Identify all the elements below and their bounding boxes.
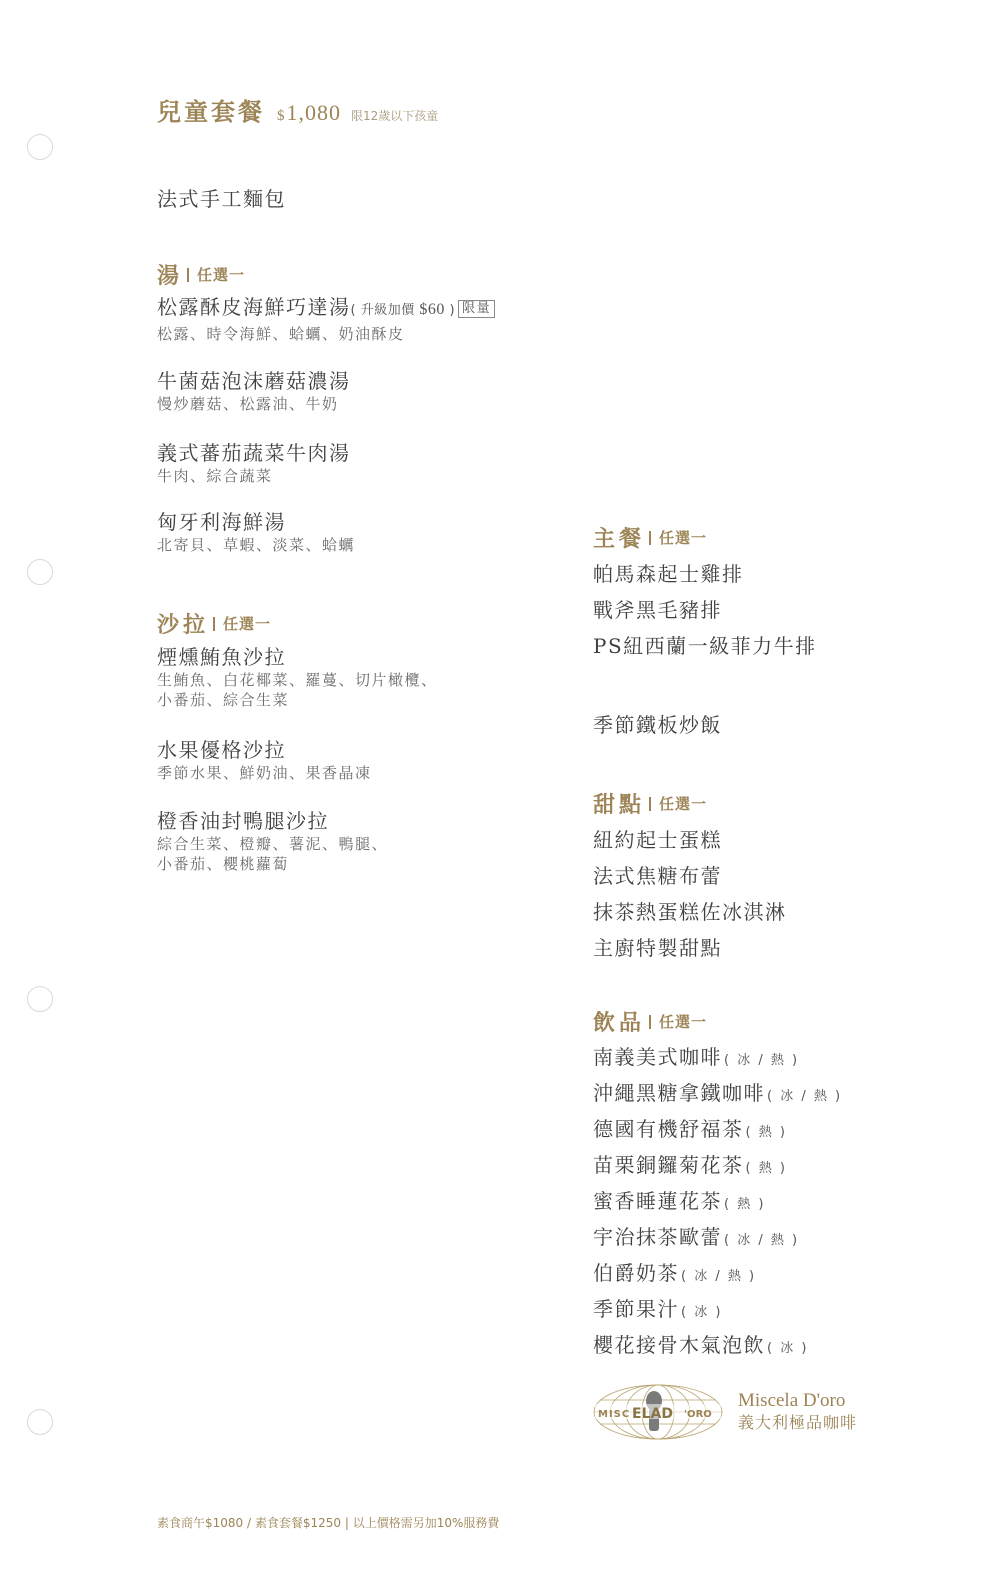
drink-temperature: ( 冰 / 熱 ) — [681, 1269, 756, 1284]
item-name: 義式蕃茄蔬菜牛肉湯 — [157, 440, 351, 466]
main-extra: 季節鐵板炒飯 — [593, 707, 722, 743]
main-item: 帕馬森起士雞排 — [593, 556, 817, 592]
upgrade-amount: $60 — [419, 301, 445, 318]
soup-item-3: 義式蕃茄蔬菜牛肉湯 牛肉、綜合蔬菜 — [157, 440, 351, 486]
item-description-line: 生鮪魚、白花椰菜、羅蔓、切片橄欖、 — [157, 670, 438, 690]
currency-symbol: $ — [277, 108, 286, 124]
drink-name: 沖繩黑糖拿鐵咖啡 — [593, 1081, 765, 1105]
main-course-list: 帕馬森起士雞排 戰斧黑毛豬排 PS紐西蘭一級菲力牛排 — [593, 556, 817, 664]
binder-hole-2 — [27, 559, 53, 585]
divider-bar — [187, 268, 189, 282]
set-price: $1,080 — [277, 100, 341, 126]
drink-temperature: ( 熱 ) — [724, 1197, 765, 1212]
drink-name: 櫻花接骨木氣泡飲 — [593, 1333, 765, 1357]
main-extra-item: 季節鐵板炒飯 — [593, 707, 722, 743]
drink-temperature: ( 熱 ) — [746, 1125, 787, 1140]
salad-item-1: 煙燻鮪魚沙拉 生鮪魚、白花椰菜、羅蔓、切片橄欖、 小番茄、綜合生菜 — [157, 644, 438, 710]
upgrade-prefix: ( 升級加價 — [351, 303, 420, 318]
drink-item: 蜜香睡蓮花茶( 熱 ) — [593, 1183, 842, 1219]
section-heading-dessert: 甜點 任選一 — [593, 788, 707, 819]
item-name: 煙燻鮪魚沙拉 — [157, 644, 438, 670]
section-subtitle: 任選一 — [659, 1011, 707, 1032]
brand-name-zh: 義大利極品咖啡 — [738, 1412, 857, 1434]
soup-item-4: 匈牙利海鮮湯 北寄貝、草蝦、淡菜、蛤蠣 — [157, 509, 355, 555]
drink-item: 宇治抹茶歐蕾( 冰 / 熱 ) — [593, 1219, 842, 1255]
item-description-line: 季節水果、鮮奶油、果香晶凍 — [157, 763, 372, 783]
dessert-list: 紐約起士蛋糕 法式焦糖布蕾 抹茶熱蛋糕佐冰淇淋 主廚特製甜點 — [593, 822, 787, 966]
item-description-line: 小番茄、櫻桃蘿蔔 — [157, 854, 388, 874]
svg-text:ELAD: ELAD — [632, 1406, 673, 1422]
drink-temperature: ( 冰 ) — [767, 1341, 808, 1356]
drink-temperature: ( 冰 ) — [681, 1305, 722, 1320]
brand-name-en: Miscela D'oro — [738, 1390, 857, 1412]
item-description: 松露、時令海鮮、蛤蠣、奶油酥皮 — [157, 324, 495, 344]
section-subtitle: 任選一 — [223, 613, 271, 634]
salad-item-2: 水果優格沙拉 季節水果、鮮奶油、果香晶凍 — [157, 737, 372, 783]
drink-item: 南義美式咖啡( 冰 / 熱 ) — [593, 1039, 842, 1075]
item-description-line: 小番茄、綜合生菜 — [157, 690, 438, 710]
coffee-brand: Miscela D'oro 義大利極品咖啡 — [738, 1390, 857, 1434]
divider-bar — [213, 617, 215, 631]
item-name: 牛菌菇泡沫蘑菇濃湯 — [157, 368, 351, 394]
section-title: 飲品 — [593, 1006, 645, 1037]
section-subtitle: 任選一 — [659, 793, 707, 814]
bread-item: 法式手工麵包 — [157, 183, 286, 212]
main-item: PS紐西蘭一級菲力牛排 — [593, 628, 817, 664]
dessert-item: 抹茶熱蛋糕佐冰淇淋 — [593, 894, 787, 930]
miscela-doro-logo: MISC ELAD 'ORO — [592, 1383, 724, 1441]
svg-text:'ORO: 'ORO — [684, 1409, 712, 1420]
binder-hole-4 — [27, 1409, 53, 1435]
item-description: 慢炒蘑菇、松露油、牛奶 — [157, 394, 351, 414]
drink-item: 櫻花接骨木氣泡飲( 冰 ) — [593, 1327, 842, 1363]
drink-name: 蜜香睡蓮花茶 — [593, 1189, 722, 1213]
section-subtitle: 任選一 — [197, 264, 245, 285]
age-restriction-note: 限12歲以下孩童 — [351, 107, 438, 124]
item-description-line: 綜合生菜、橙瓣、薯泥、鴨腿、 — [157, 834, 388, 854]
drink-name: 伯爵奶茶 — [593, 1261, 679, 1285]
divider-bar — [649, 531, 651, 545]
divider-bar — [649, 1015, 651, 1029]
limited-badge: 限量 — [458, 300, 495, 318]
binder-hole-1 — [27, 134, 53, 160]
section-title: 湯 — [157, 259, 183, 290]
upgrade-price: ( 升級加價 $60 ) — [351, 303, 456, 318]
item-description: 北寄貝、草蝦、淡菜、蛤蠣 — [157, 535, 355, 555]
main-item: 戰斧黑毛豬排 — [593, 592, 817, 628]
soup-item-2: 牛菌菇泡沫蘑菇濃湯 慢炒蘑菇、松露油、牛奶 — [157, 368, 351, 414]
section-heading-drinks: 飲品 任選一 — [593, 1006, 707, 1037]
menu-header: 兒童套餐 $1,080 限12歲以下孩童 — [157, 92, 438, 127]
drink-temperature: ( 冰 / 熱 ) — [724, 1053, 799, 1068]
item-name: 水果優格沙拉 — [157, 737, 372, 763]
dessert-item: 主廚特製甜點 — [593, 930, 787, 966]
item-name: 匈牙利海鮮湯 — [157, 509, 355, 535]
salad-item-3: 橙香油封鴨腿沙拉 綜合生菜、橙瓣、薯泥、鴨腿、 小番茄、櫻桃蘿蔔 — [157, 808, 388, 874]
section-subtitle: 任選一 — [659, 527, 707, 548]
drink-item: 季節果汁( 冰 ) — [593, 1291, 842, 1327]
section-heading-main: 主餐 任選一 — [593, 522, 707, 553]
section-title: 沙拉 — [157, 608, 209, 639]
set-title: 兒童套餐 — [157, 92, 265, 127]
section-title: 甜點 — [593, 788, 645, 819]
item-name: 橙香油封鴨腿沙拉 — [157, 808, 388, 834]
drink-temperature: ( 冰 / 熱 ) — [767, 1089, 842, 1104]
drink-item: 德國有機舒福茶( 熱 ) — [593, 1111, 842, 1147]
divider-bar — [649, 797, 651, 811]
svg-text:MISC: MISC — [598, 1409, 630, 1420]
drink-temperature: ( 熱 ) — [746, 1161, 787, 1176]
drink-name: 南義美式咖啡 — [593, 1045, 722, 1069]
drinks-list: 南義美式咖啡( 冰 / 熱 ) 沖繩黑糖拿鐵咖啡( 冰 / 熱 ) 德國有機舒福… — [593, 1039, 842, 1363]
drink-item: 沖繩黑糖拿鐵咖啡( 冰 / 熱 ) — [593, 1075, 842, 1111]
upgrade-suffix: ) — [445, 303, 455, 318]
price-amount: 1,080 — [287, 100, 342, 125]
footer-note: 素食商午$1080 / 素食套餐$1250 | 以上價格需另加10%服務費 — [157, 1514, 499, 1531]
section-title: 主餐 — [593, 522, 645, 553]
item-name-row: 松露酥皮海鮮巧達湯( 升級加價 $60 )限量 — [157, 294, 495, 324]
item-description: 牛肉、綜合蔬菜 — [157, 466, 351, 486]
dessert-item: 紐約起士蛋糕 — [593, 822, 787, 858]
drink-item: 伯爵奶茶( 冰 / 熱 ) — [593, 1255, 842, 1291]
drink-item: 苗栗銅鑼菊花茶( 熱 ) — [593, 1147, 842, 1183]
soup-item-1: 松露酥皮海鮮巧達湯( 升級加價 $60 )限量 松露、時令海鮮、蛤蠣、奶油酥皮 — [157, 294, 495, 344]
dessert-item: 法式焦糖布蕾 — [593, 858, 787, 894]
drink-name: 苗栗銅鑼菊花茶 — [593, 1153, 744, 1177]
section-heading-soup: 湯 任選一 — [157, 259, 245, 290]
section-heading-salad: 沙拉 任選一 — [157, 608, 271, 639]
item-name: 松露酥皮海鮮巧達湯 — [157, 295, 351, 319]
binder-hole-3 — [27, 986, 53, 1012]
drink-temperature: ( 冰 / 熱 ) — [724, 1233, 799, 1248]
drink-name: 宇治抹茶歐蕾 — [593, 1225, 722, 1249]
globe-logo-icon: MISC ELAD 'ORO — [592, 1383, 724, 1441]
drink-name: 德國有機舒福茶 — [593, 1117, 744, 1141]
drink-name: 季節果汁 — [593, 1297, 679, 1321]
